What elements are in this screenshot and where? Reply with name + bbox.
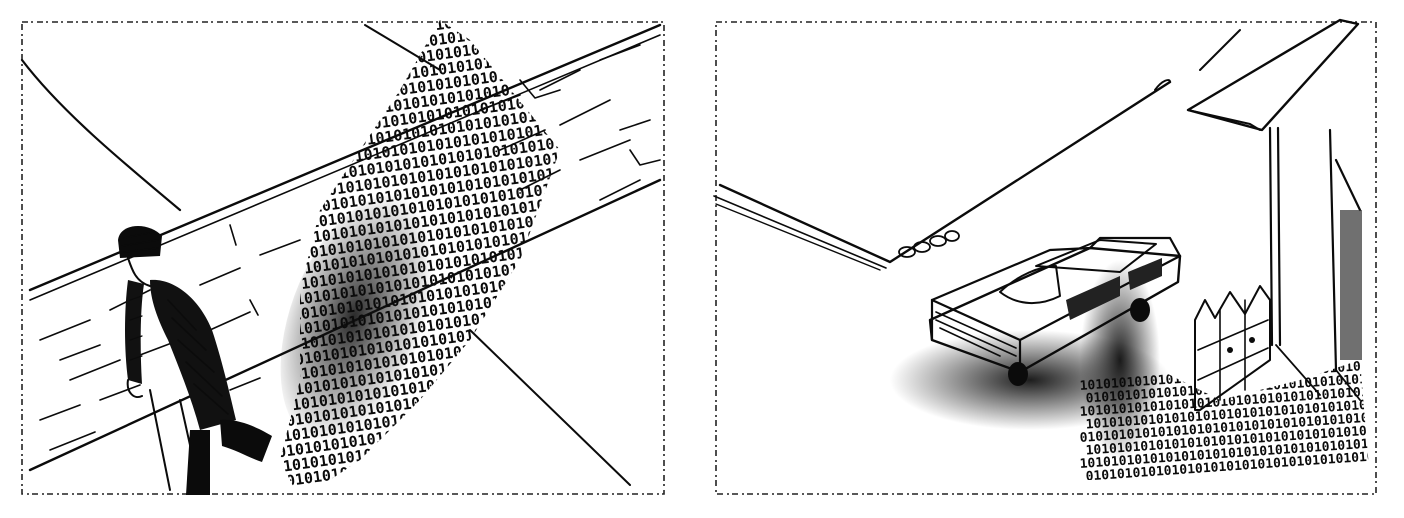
walking-man: [118, 226, 272, 495]
street-edge-line: [22, 60, 180, 210]
right-panel: 1010101010101010101010101010101010101010…: [700, 0, 1404, 518]
binary-shadow: 1010101010101010101010101010101010100101…: [258, 0, 588, 494]
left-panel-drawing: 1010101010101010101010101010101010100101…: [0, 0, 690, 518]
left-panel: 1010101010101010101010101010101010100101…: [0, 0, 690, 518]
street-edge-line: [470, 330, 630, 485]
right-panel-drawing: 1010101010101010101010101010101010101010…: [700, 0, 1404, 518]
binary-shadow: 1010101010101010101010101010101010101010…: [1079, 358, 1391, 485]
curb: [714, 80, 1170, 270]
